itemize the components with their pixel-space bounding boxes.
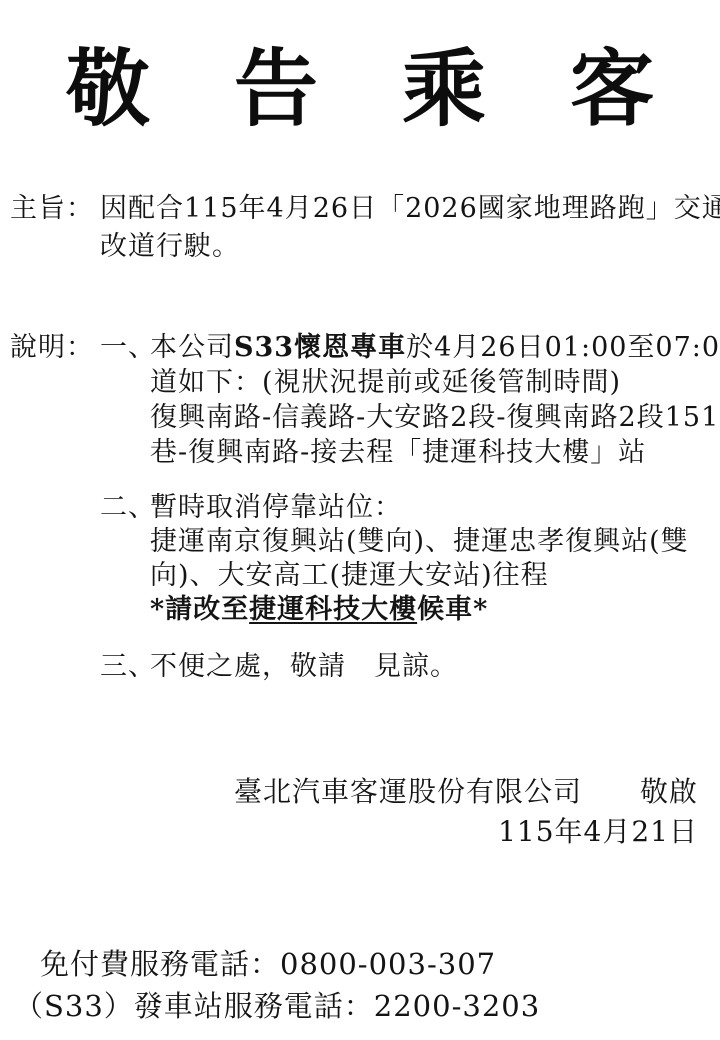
- item-1-line-2: 道如下：(視狀況提前或延後管制時間): [150, 365, 720, 400]
- item-1-line-1-post: 於4月26日01:00至07:00改: [406, 332, 720, 363]
- contact-footer: 免付費服務電話：0800-003-307 （S33）發車站服務電話：2200-3…: [0, 943, 720, 1027]
- subject-label: 主旨：: [10, 190, 100, 228]
- signature-section: 臺北汽車客運股份有限公司 敬啟 115年4月21日: [234, 772, 698, 852]
- item-1-line-1-pre: 本公司: [150, 332, 234, 363]
- item-1-number: 一、: [100, 330, 150, 365]
- depot-phone-line: （S33）發車站服務電話：2200-3203: [0, 985, 720, 1027]
- item-3-number: 三、: [100, 650, 150, 684]
- explanation-item-2: 二、 暫時取消停靠站位： 捷運南京復興站(雙向)、捷運忠孝復興站(雙 向)、大安…: [100, 491, 689, 627]
- item-1-line-4: 巷-復興南路-接去程「捷運科技大樓」站: [150, 435, 720, 470]
- item-3-line-1: 不便之處，敬請 見諒。: [150, 650, 458, 684]
- signature-company: 臺北汽車客運股份有限公司 敬啟: [234, 772, 698, 812]
- passenger-notice-page: 敬 告 乘 客 主旨： 因配合115年4月26日「2026國家地理路跑」交通管制…: [0, 0, 720, 1040]
- notice-line-pre: *請改至: [150, 594, 249, 625]
- item-2-number: 二、: [100, 491, 150, 525]
- notice-title: 敬 告 乘 客: [0, 34, 720, 143]
- explanation-label: 說明：: [10, 330, 100, 365]
- subject-section: 主旨： 因配合115年4月26日「2026國家地理路跑」交通管制 改道行駛。: [10, 190, 720, 266]
- item-3-body: 不便之處，敬請 見諒。: [150, 650, 458, 684]
- explanation-item-1: 說明： 一、 本公司S33懷恩專車於4月26日01:00至07:00改 道如下：…: [10, 330, 720, 470]
- item-1-line-1: 本公司S33懷恩專車於4月26日01:00至07:00改: [150, 330, 720, 365]
- item-2-body: 暫時取消停靠站位： 捷運南京復興站(雙向)、捷運忠孝復興站(雙 向)、大安高工(…: [150, 491, 689, 627]
- subject-line-1: 因配合115年4月26日「2026國家地理路跑」交通管制: [100, 190, 720, 228]
- item-1-body: 本公司S33懷恩專車於4月26日01:00至07:00改 道如下：(視狀況提前或…: [150, 330, 720, 470]
- subject-body: 因配合115年4月26日「2026國家地理路跑」交通管制 改道行駛。: [100, 190, 720, 266]
- explanation-item-3: 三、 不便之處，敬請 見諒。: [100, 650, 458, 684]
- signature-date: 115年4月21日: [234, 812, 698, 852]
- item-1-line-3: 復興南路-信義路-大安路2段-復興南路2段151: [150, 400, 720, 435]
- item-2-line-1: 暫時取消停靠站位：: [150, 491, 689, 525]
- notice-line-post: 候車*: [417, 594, 488, 625]
- subject-line-2: 改道行駛。: [100, 228, 720, 266]
- item-2-notice-line: *請改至捷運科技大樓候車*: [150, 593, 689, 627]
- item-2-line-2: 捷運南京復興站(雙向)、捷運忠孝復興站(雙: [150, 525, 689, 559]
- item-1-route-name: S33懷恩專車: [234, 332, 406, 363]
- item-2-line-3: 向)、大安高工(捷運大安站)往程: [150, 559, 689, 593]
- toll-free-phone-line: 免付費服務電話：0800-003-307: [0, 943, 720, 985]
- notice-station-name: 捷運科技大樓: [249, 594, 417, 625]
